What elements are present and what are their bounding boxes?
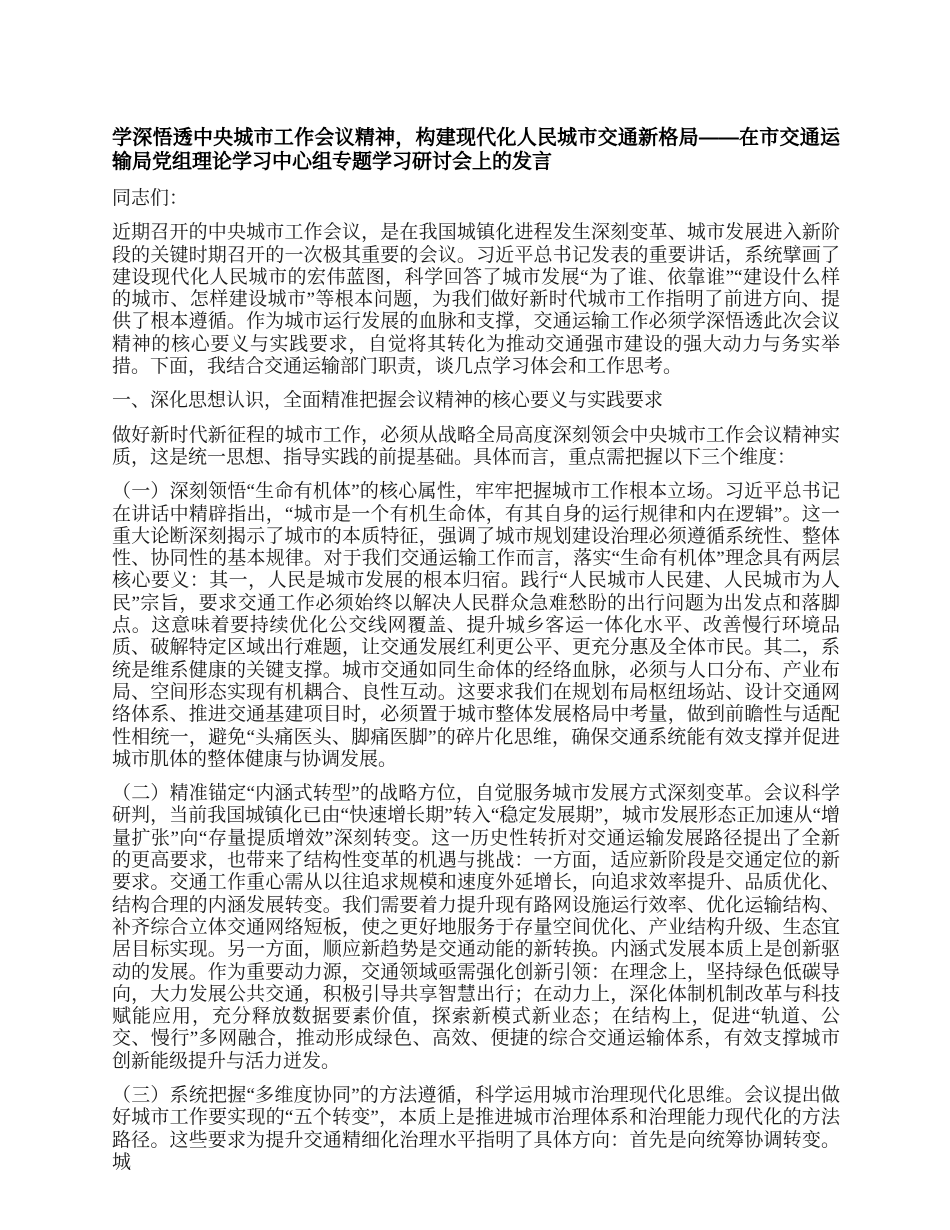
point-2-paragraph: （二）精准锚定“内涵式转型”的战略方位，自觉服务城市发展方式深刻变革。会议科学研… (112, 783, 840, 1073)
point-1-paragraph: （一）深刻领悟“生命有机体”的核心属性，牢牢把握城市工作根本立场。习近平总书记在… (112, 481, 840, 771)
salutation: 同志们： (112, 188, 840, 210)
section-1-heading: 一、深化思想认识，全面精准把握会议精神的核心要义与实践要求 (112, 390, 840, 412)
document-page: 学深悟透中央城市工作会议精神，构建现代化人民城市交通新格局——在市交通运输局党组… (0, 0, 950, 1230)
section-1-lead-paragraph: 做好新时代新征程的城市工作，必须从战略全局高度深刻领会中央城市工作会议精神实质，… (112, 425, 840, 470)
intro-paragraph: 近期召开的中央城市工作会议，是在我国城镇化进程发生深刻变革、城市发展进入新阶段的… (112, 222, 840, 378)
document-title: 学深悟透中央城市工作会议精神，构建现代化人民城市交通新格局——在市交通运输局党组… (112, 127, 840, 174)
point-3-paragraph: （三）系统把握“多维度协同”的方法遵循，科学运用城市治理现代化思维。会议提出做好… (112, 1085, 840, 1174)
